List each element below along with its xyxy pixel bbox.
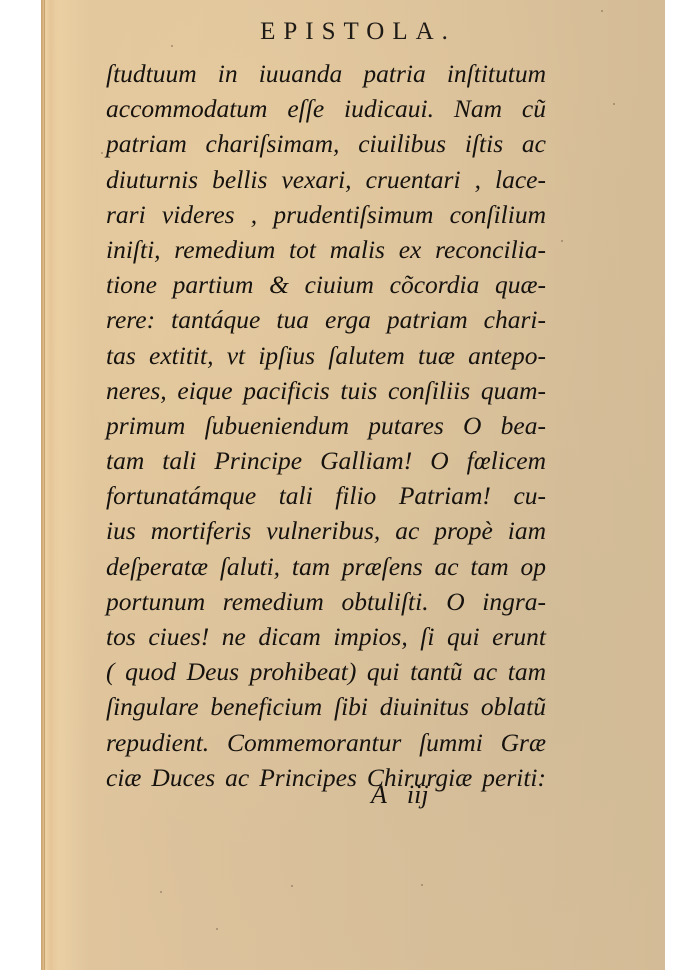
paper-speck — [421, 884, 423, 886]
text-line: iniſti, remedium tot malis ex reconcilia… — [106, 232, 546, 267]
paper-speck — [561, 240, 563, 242]
text-line: fortunatámque tali filio Patriam! cu- — [106, 478, 546, 513]
text-line: tam tali Principe Galliam! O fœlicem — [106, 443, 546, 478]
text-line: repudient. Commemorantur ſummi Græ — [106, 725, 546, 760]
text-line: tas extitit, vt ipſius ſalutem tuæ antep… — [106, 338, 546, 373]
paper-speck — [160, 891, 162, 893]
text-line: ( quod Deus prohibeat) qui tantũ ac tam — [106, 654, 546, 689]
text-line: rari videres , prudentiſsimum conſilium — [106, 197, 546, 232]
paper-speck — [601, 10, 603, 12]
text-line: deſperatæ ſaluti, tam præſens ac tam op — [106, 549, 546, 584]
text-line: portunum remedium obtuliſti. O ingra- — [106, 584, 546, 619]
book-page: EPISTOLA. ſtudtuum in iuuanda patria inſ… — [41, 0, 665, 970]
text-line: patriam chariſsimam, ciuilibus iſtis ac — [106, 126, 546, 161]
text-line: ſingulare beneficium ſibi diuinitus obla… — [106, 689, 546, 724]
paper-speck — [101, 152, 103, 154]
text-line: ſtudtuum in iuuanda patria inſtitutum — [106, 56, 546, 91]
text-line: ciæ Duces ac Principes Chirurgiæ periti: — [106, 760, 546, 795]
signature-mark: A iij — [371, 780, 429, 810]
text-line: tos ciues! ne dicam impios, ſi qui erunt — [106, 619, 546, 654]
text-line: neres, eique pacificis tuis conſiliis qu… — [106, 373, 546, 408]
paper-speck — [613, 103, 615, 105]
text-line: ius mortiferis vulneribus, ac propè iam — [106, 513, 546, 548]
running-head: EPISTOLA. — [41, 18, 665, 46]
text-line: primum ſubueniendum putares O bea- — [106, 408, 546, 443]
text-line: tione partium & ciuium cõcordia quæ- — [106, 267, 546, 302]
text-line: diuturnis bellis vexari, cruentari , lac… — [106, 162, 546, 197]
body-text: ſtudtuum in iuuanda patria inſtitutum ac… — [106, 56, 546, 795]
paper-speck — [291, 885, 293, 887]
text-line: rere: tantáque tua erga patriam chari- — [106, 302, 546, 337]
paper-speck — [216, 928, 218, 930]
page-edge-line — [44, 0, 45, 970]
text-line: accommodatum eſſe iudicaui. Nam cũ — [106, 91, 546, 126]
